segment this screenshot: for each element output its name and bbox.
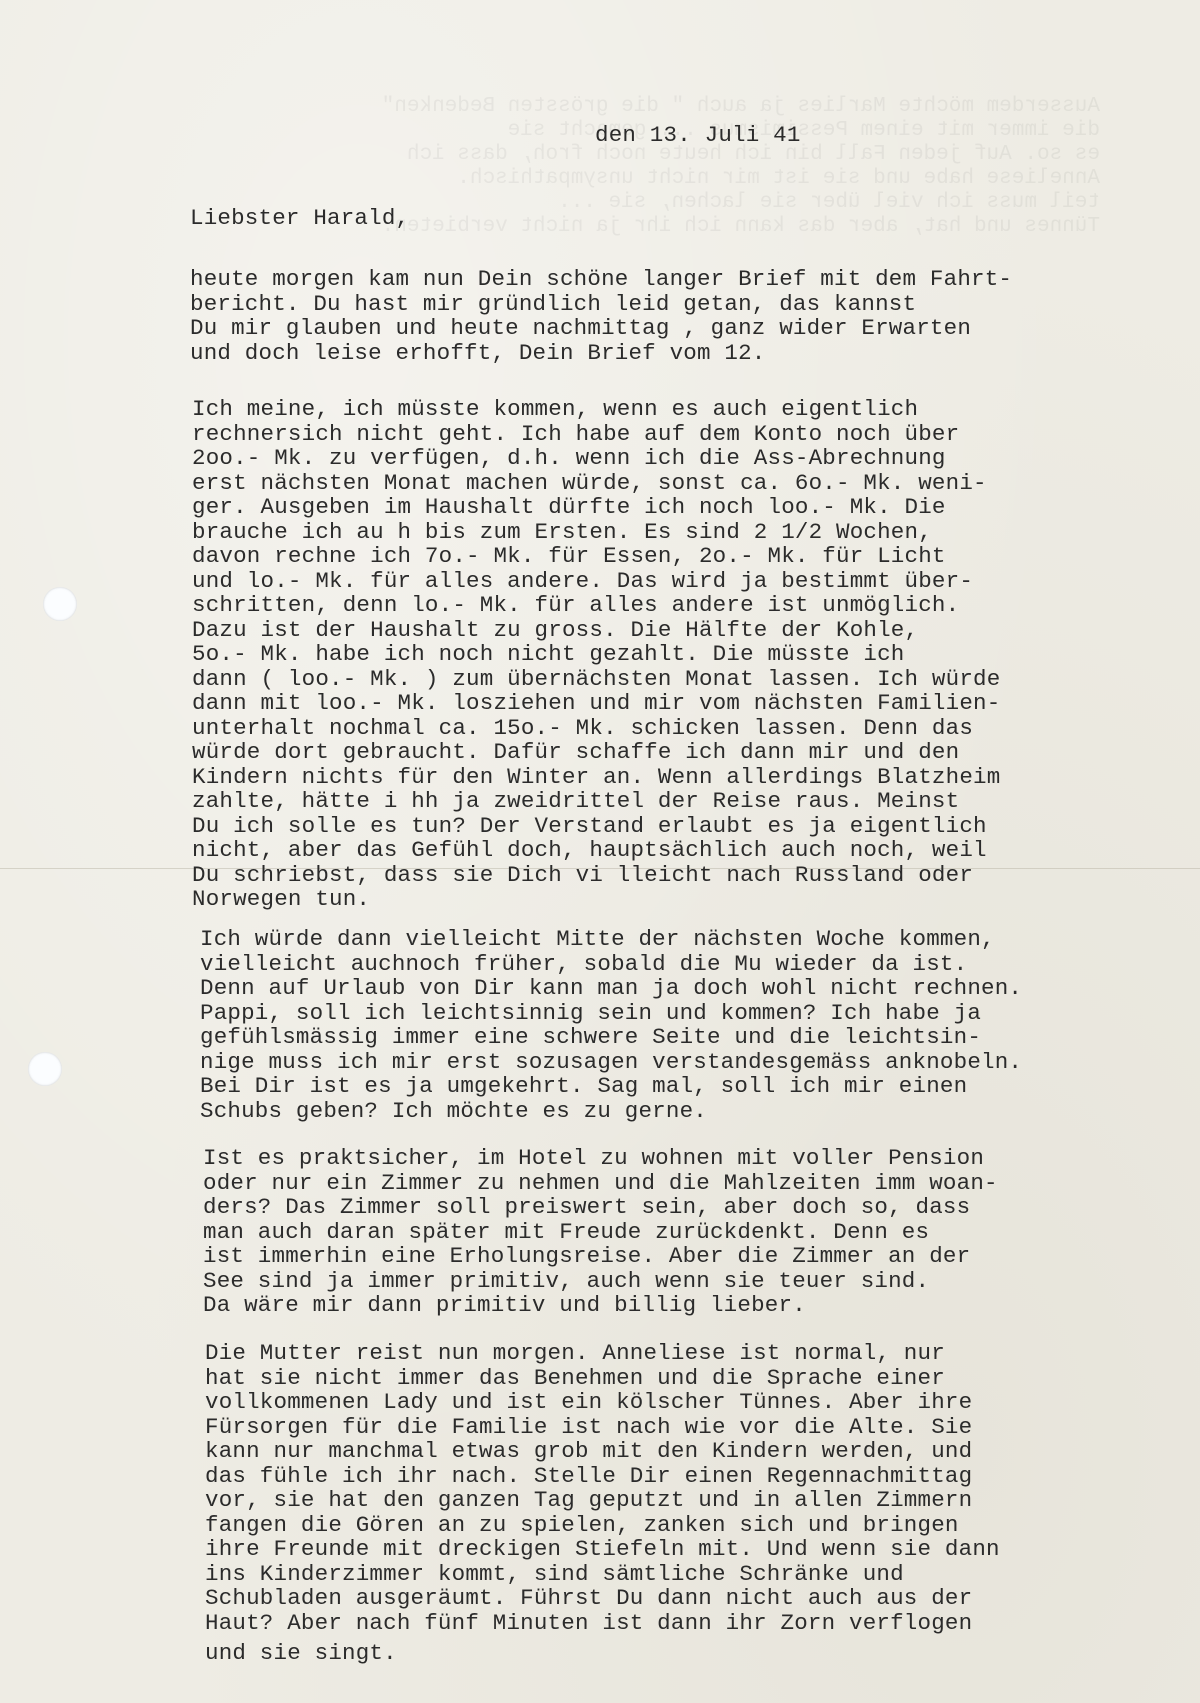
letter-salutation: Liebster Harald, xyxy=(190,205,409,231)
typewritten-letter: den 13. Juli 41 Liebster Harald, heute m… xyxy=(0,0,1200,1703)
text-line: oder nur ein Zimmer zu nehmen und die Ma… xyxy=(203,1171,998,1196)
paragraph-3: Ich würde dann vielleicht Mitte der näch… xyxy=(200,927,1022,1123)
paragraph-1: heute morgen kam nun Dein schöne langer … xyxy=(190,267,1012,365)
text-line: schritten, denn lo.- Mk. für alles ander… xyxy=(192,593,1000,618)
text-line: fangen die Gören an zu spielen, zanken s… xyxy=(205,1513,1000,1538)
text-line: Ist es praktsicher, im Hotel zu wohnen m… xyxy=(203,1146,998,1171)
text-line: Du ich solle es tun? Der Verstand erlaub… xyxy=(192,814,1000,839)
text-line: See sind ja immer primitiv, auch wenn si… xyxy=(203,1269,998,1294)
text-line: Bei Dir ist es ja umgekehrt. Sag mal, so… xyxy=(200,1074,1022,1099)
text-line: Denn auf Urlaub von Dir kann man ja doch… xyxy=(200,976,1022,1001)
text-line: Fürsorgen für die Familie ist nach wie v… xyxy=(205,1415,1000,1440)
text-line: Ich meine, ich müsste kommen, wenn es au… xyxy=(192,397,1000,422)
text-line: 2oo.- Mk. zu verfügen, d.h. wenn ich die… xyxy=(192,446,1000,471)
text-line: Ich würde dann vielleicht Mitte der näch… xyxy=(200,927,1022,952)
text-line: und doch leise erhofft, Dein Brief vom 1… xyxy=(190,341,1012,366)
text-line: gefühlsmässig immer eine schwere Seite u… xyxy=(200,1025,1022,1050)
paragraph-4: Ist es praktsicher, im Hotel zu wohnen m… xyxy=(203,1146,998,1318)
text-line: dann ( loo.- Mk. ) zum übernächsten Mona… xyxy=(192,667,1000,692)
text-line: dann mit loo.- Mk. losziehen und mir vom… xyxy=(192,691,1000,716)
text-line: vielleicht auchnoch früher, sobald die M… xyxy=(200,952,1022,977)
text-line: unterhalt nochmal ca. 15o.- Mk. schicken… xyxy=(192,716,1000,741)
text-line: ins Kinderzimmer kommt, sind sämtliche S… xyxy=(205,1562,1000,1587)
text-line: nicht, aber das Gefühl doch, hauptsächli… xyxy=(192,838,1000,863)
text-line: ders? Das Zimmer soll preiswert sein, ab… xyxy=(203,1195,998,1220)
text-line: hat sie nicht immer das Benehmen und die… xyxy=(205,1366,1000,1391)
text-line: Schubladen ausgeräumt. Führst Du dann ni… xyxy=(205,1586,1000,1611)
text-line: Haut? Aber nach fünf Minuten ist dann ih… xyxy=(205,1611,1000,1636)
text-line: brauche ich au h bis zum Ersten. Es sind… xyxy=(192,520,1000,545)
text-line: Dazu ist der Haushalt zu gross. Die Hälf… xyxy=(192,618,1000,643)
text-line: Da wäre mir dann primitiv und billig lie… xyxy=(203,1293,998,1318)
text-line: würde dort gebraucht. Dafür schaffe ich … xyxy=(192,740,1000,765)
text-line: das fühle ich ihr nach. Stelle Dir einen… xyxy=(205,1464,1000,1489)
text-line: davon rechne ich 7o.- Mk. für Essen, 2o.… xyxy=(192,544,1000,569)
paragraph-5: Die Mutter reist nun morgen. Anneliese i… xyxy=(205,1341,1000,1666)
text-line: und lo.- Mk. für alles andere. Das wird … xyxy=(192,569,1000,594)
text-line: Schubs geben? Ich möchte es zu gerne. xyxy=(200,1099,1022,1124)
text-line: Pappi, soll ich leichtsinnig sein und ko… xyxy=(200,1001,1022,1026)
text-line: Du mir glauben und heute nachmittag , ga… xyxy=(190,316,1012,341)
text-line: heute morgen kam nun Dein schöne langer … xyxy=(190,267,1012,292)
text-line: vollkommenen Lady und ist ein kölscher T… xyxy=(205,1390,1000,1415)
paragraph-2: Ich meine, ich müsste kommen, wenn es au… xyxy=(192,397,1000,912)
text-line: Du schriebst, dass sie Dich vi lleicht n… xyxy=(192,863,1000,888)
text-line: ger. Ausgeben im Haushalt dürfte ich noc… xyxy=(192,495,1000,520)
text-line: ist immerhin eine Erholungsreise. Aber d… xyxy=(203,1244,998,1269)
text-line: man auch daran später mit Freude zurückd… xyxy=(203,1220,998,1245)
text-line: bericht. Du hast mir gründlich leid geta… xyxy=(190,292,1012,317)
text-line: Norwegen tun. xyxy=(192,887,1000,912)
text-line: erst nächsten Monat machen würde, sonst … xyxy=(192,471,1000,496)
text-line: und sie singt. xyxy=(205,1641,1000,1666)
text-line: Kindern nichts für den Winter an. Wenn a… xyxy=(192,765,1000,790)
text-line: 5o.- Mk. habe ich noch nicht gezahlt. Di… xyxy=(192,642,1000,667)
text-line: ihre Freunde mit dreckigen Stiefeln mit.… xyxy=(205,1537,1000,1562)
text-line: Die Mutter reist nun morgen. Anneliese i… xyxy=(205,1341,1000,1366)
text-line: zahlte, hätte i hh ja zweidrittel der Re… xyxy=(192,789,1000,814)
text-line: rechnersich nicht geht. Ich habe auf dem… xyxy=(192,422,1000,447)
letter-date: den 13. Juli 41 xyxy=(595,122,801,148)
text-line: kann nur manchmal etwas grob mit den Kin… xyxy=(205,1439,1000,1464)
text-line: nige muss ich mir erst sozusagen verstan… xyxy=(200,1050,1022,1075)
text-line: vor, sie hat den ganzen Tag geputzt und … xyxy=(205,1488,1000,1513)
